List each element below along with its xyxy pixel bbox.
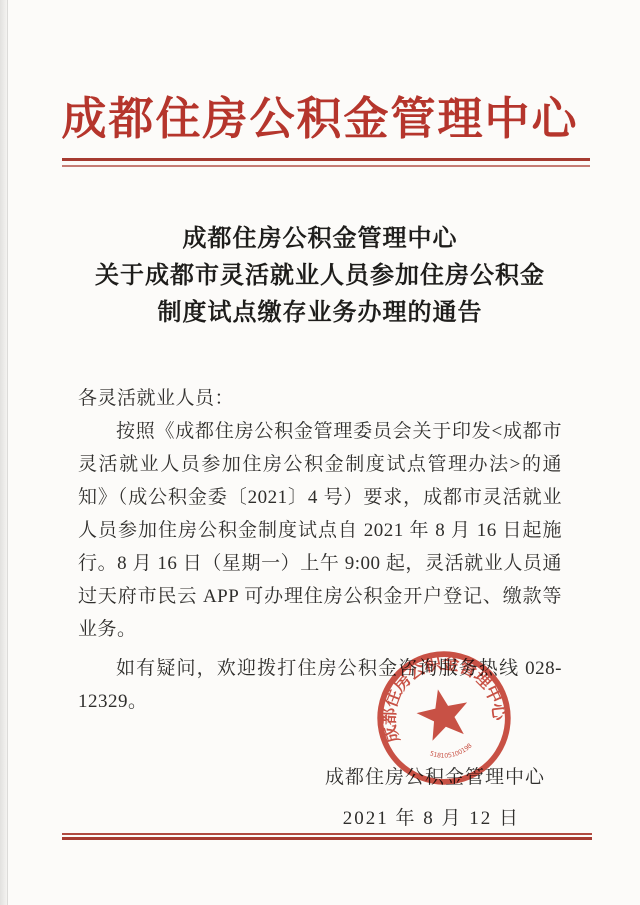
- salutation: 各灵活就业人员：: [78, 382, 562, 415]
- letterhead-double-rule: [62, 158, 590, 167]
- letterhead-org-title: 成都住房公积金管理中心: [30, 92, 610, 146]
- document-title-line-3: 制度试点缴存业务办理的通告: [0, 295, 640, 332]
- signature-date: 2021 年 8 月 12 日: [0, 803, 640, 830]
- seal-code: 518105100198: [427, 741, 475, 763]
- signature-org-name: 成都住房公积金管理中心: [0, 762, 640, 789]
- svg-text:518105100198: 518105100198: [427, 741, 475, 763]
- footer-double-rule: [62, 833, 592, 840]
- paragraph-2: 如有疑问，欢迎拨打住房公积金咨询服务热线 028-12329。: [78, 652, 562, 718]
- document-title-line-1: 成都住房公积金管理中心: [0, 221, 640, 258]
- scanned-notice-page: { "page": { "background": "#fcfbf9", "ac…: [0, 0, 640, 905]
- paragraph-1: 按照《成都住房公积金管理委员会关于印发<成都市灵活就业人员参加住房公积金制度试点…: [78, 415, 562, 646]
- document-title-line-2: 关于成都市灵活就业人员参加住房公积金: [0, 258, 640, 295]
- document-title: 成都住房公积金管理中心 关于成都市灵活就业人员参加住房公积金 制度试点缴存业务办…: [0, 221, 640, 332]
- notice-body: 各灵活就业人员： 按照《成都住房公积金管理委员会关于印发<成都市灵活就业人员参加…: [78, 382, 562, 718]
- signature-block: 成都住房公积金管理中心 2021 年 8 月 12 日: [0, 762, 640, 830]
